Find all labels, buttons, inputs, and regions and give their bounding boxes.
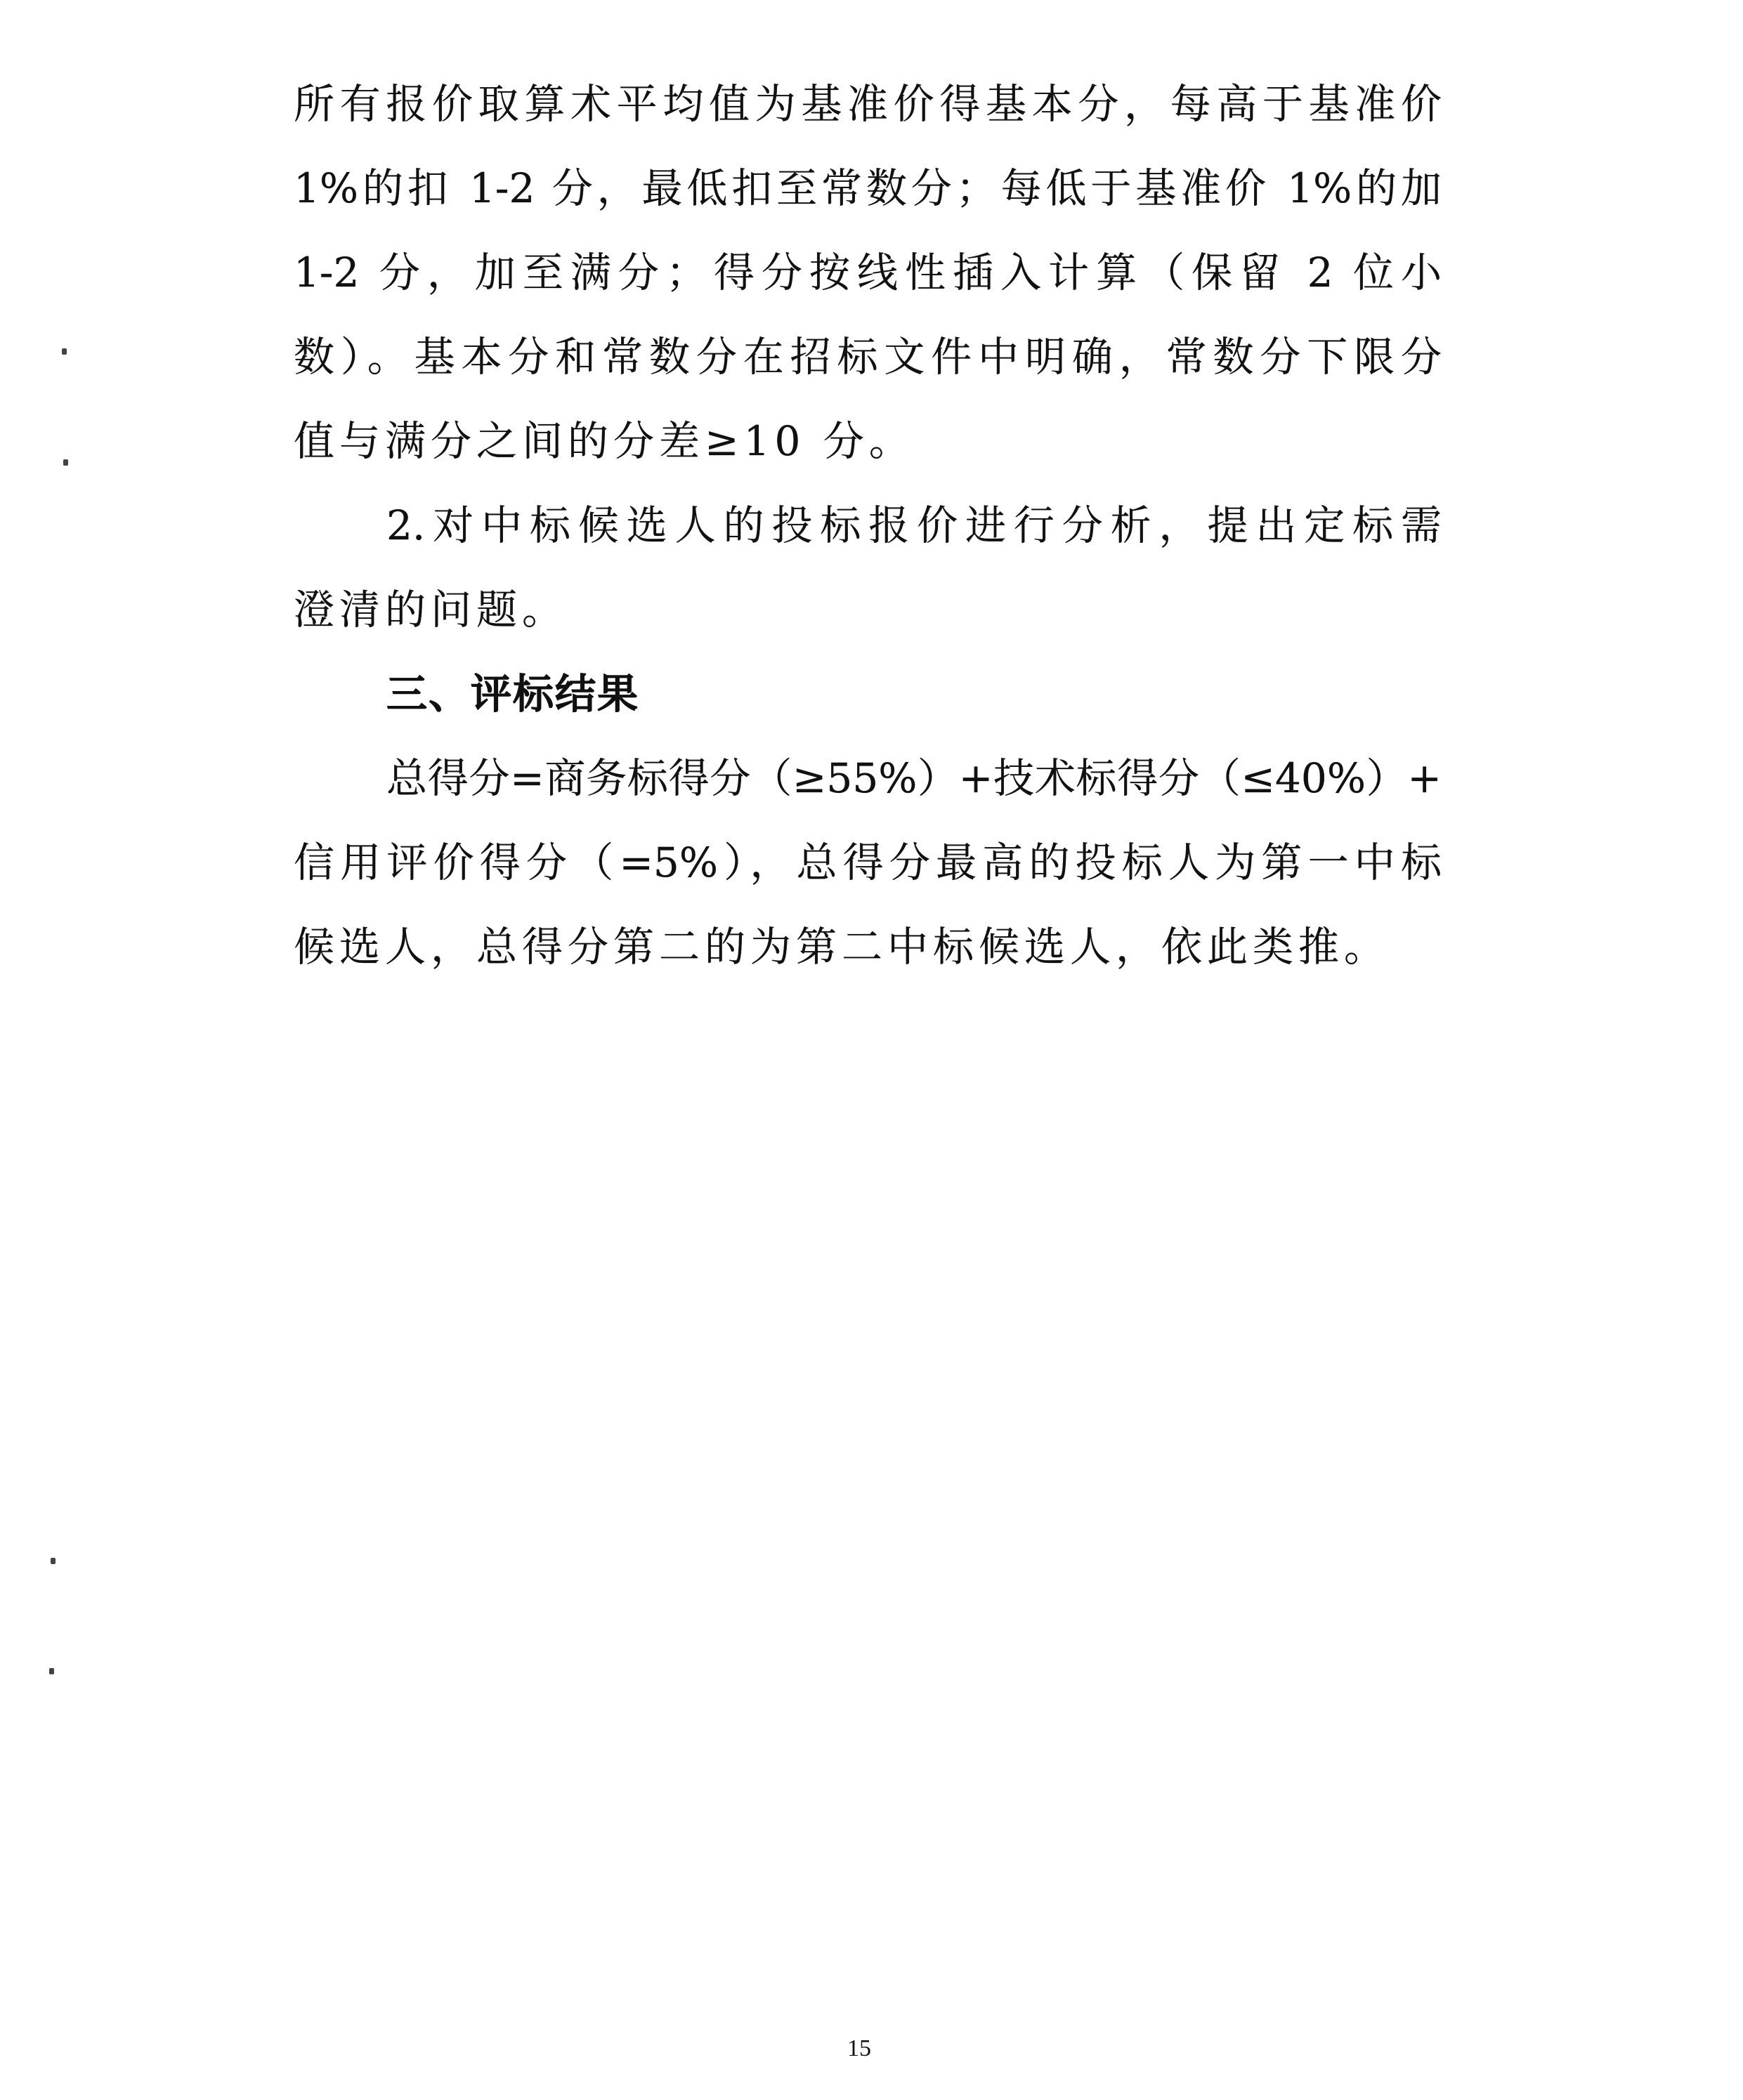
document-body: 所有报价取算术平均值为基准价得基本分，每高于基准价 1%的扣 1-2 分，最低扣… <box>294 62 1442 989</box>
scan-speck <box>49 1668 54 1674</box>
text-line: 2.对中标候选人的投标报价进行分析，提出定标需 <box>294 483 1442 567</box>
text-line: 所有报价取算术平均值为基准价得基本分，每高于基准价 <box>294 62 1442 146</box>
paragraph-item-2: 2.对中标候选人的投标报价进行分析，提出定标需 澄清的问题。 <box>294 483 1442 652</box>
scan-speck <box>62 348 67 355</box>
text-line: 数）。基本分和常数分在招标文件中明确，常数分下限分 <box>294 315 1442 399</box>
scan-speck <box>63 459 68 466</box>
section-heading-evaluation-result: 三、评标结果 <box>294 652 1442 736</box>
text-line: 信用评价得分（=5%），总得分最高的投标人为第一中标 <box>294 820 1442 905</box>
scan-speck <box>51 1558 56 1564</box>
paragraph-total-score: 总得分=商务标得分（≥55%）+技术标得分（≤40%）+ 信用评价得分（=5%）… <box>294 736 1442 989</box>
paragraph-scoring-rule: 所有报价取算术平均值为基准价得基本分，每高于基准价 1%的扣 1-2 分，最低扣… <box>294 62 1442 483</box>
page-number: 15 <box>847 2035 896 2062</box>
text-line: 候选人，总得分第二的为第二中标候选人，依此类推。 <box>294 905 1442 989</box>
text-line: 澄清的问题。 <box>294 567 1442 652</box>
text-line: 1%的扣 1-2 分，最低扣至常数分；每低于基准价 1%的加 <box>294 146 1442 230</box>
document-page: 所有报价取算术平均值为基准价得基本分，每高于基准价 1%的扣 1-2 分，最低扣… <box>0 0 1743 2100</box>
text-line: 值与满分之间的分差≥10 分。 <box>294 399 1442 483</box>
text-line: 总得分=商务标得分（≥55%）+技术标得分（≤40%）+ <box>294 736 1442 820</box>
text-line: 1-2 分，加至满分；得分按线性插入计算（保留 2 位小 <box>294 230 1442 315</box>
heading-text: 三、评标结果 <box>294 652 1442 736</box>
